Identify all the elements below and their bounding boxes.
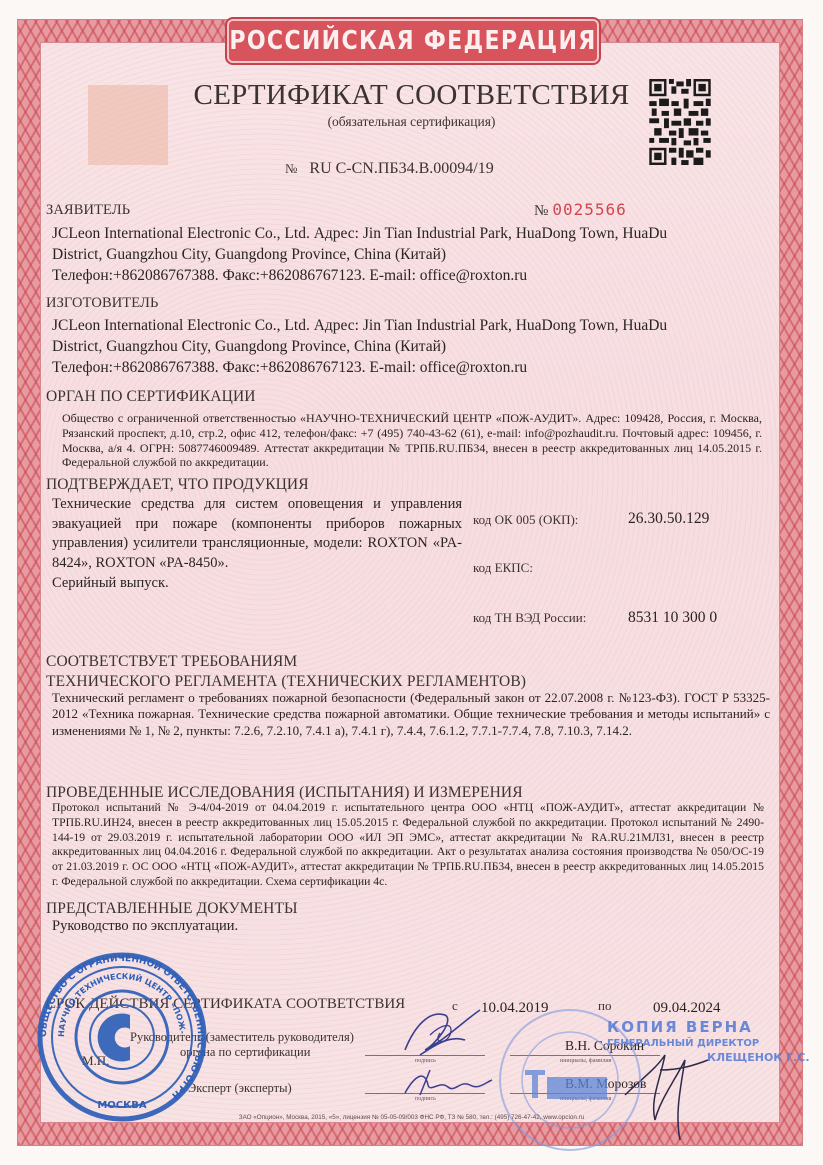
printer-imprint: ЗАО «Опцион», Москва, 2015, «5», лицензи… [0, 1114, 823, 1121]
tests-heading: ПРОВЕДЕННЫЕ ИССЛЕДОВАНИЯ (ИСПЫТАНИЯ) И И… [46, 784, 523, 802]
product-heading: ПОДТВЕРЖДАЕТ, ЧТО ПРОДУКЦИЯ [46, 476, 309, 494]
requirements-subheading: ТЕХНИЧЕСКОГО РЕГЛАМЕНТА (ТЕХНИЧЕСКИХ РЕГ… [46, 673, 526, 691]
code-tnved-value: 8531 10 300 0 [628, 609, 717, 627]
copy-certified-stamp: КОПИЯ ВЕРНА ГЕНЕРАЛЬНЫЙ ДИРЕКТОР КЛЕЩЕНО… [607, 1018, 810, 1064]
applicant-line: JCLeon International Electronic Co., Ltd… [52, 223, 667, 244]
tests-text: Протокол испытаний № Э-4/04-2019 от 04.0… [52, 801, 764, 890]
code-okp-value: 26.30.50.129 [628, 510, 709, 528]
code-ekps-label: код ЕКПС: [473, 560, 533, 576]
certification-body-heading: ОРГАН ПО СЕРТИФИКАЦИИ [46, 388, 256, 406]
certification-body-seal-icon: ОБЩЕСТВО С ОГРАНИЧЕННОЙ ОТВЕТСТВЕННОСТЬЮ… [35, 950, 210, 1125]
serial-number-value: 0025566 [552, 200, 626, 219]
requirements-heading: СООТВЕТСТВУЕТ ТРЕБОВАНИЯМ [46, 653, 297, 671]
manufacturer-line: District, Guangzhou City, Guangdong Prov… [52, 336, 667, 357]
certificate-number: №RU C-CN.ПБ34.В.00094/19 [285, 160, 494, 178]
country-banner: РОССИЙСКАЯ ФЕДЕРАЦИЯ [227, 19, 599, 63]
expert-signature-icon [400, 1065, 495, 1100]
documents-text: Руководство по эксплуатации. [52, 916, 238, 937]
code-okp-label: код ОК 005 (ОКП): [473, 512, 578, 528]
copy-stamp-line-1: КОПИЯ ВЕРНА [607, 1018, 810, 1036]
head-signature-icon [395, 1005, 485, 1060]
code-tnved-label: код ТН ВЭД России: [473, 610, 586, 626]
validity-to-date: 09.04.2024 [653, 1000, 721, 1017]
applicant-line: Телефон:+862086767388. Факс:+86208676712… [52, 265, 667, 286]
product-release: Серийный выпуск. [52, 573, 169, 594]
manufacturer-details: JCLeon International Electronic Co., Ltd… [52, 315, 667, 378]
number-sign: № [285, 161, 297, 176]
country-banner-text: РОССИЙСКАЯ ФЕДЕРАЦИЯ [229, 26, 596, 56]
certificate-number-value: RU C-CN.ПБ34.В.00094/19 [309, 160, 493, 177]
manufacturer-heading: ИЗГОТОВИТЕЛЬ [46, 295, 158, 312]
product-description: Технические средства для систем оповещен… [52, 495, 462, 573]
serial-number-sign: № [534, 203, 548, 219]
copy-stamp-line-2: ГЕНЕРАЛЬНЫЙ ДИРЕКТОР [607, 1038, 810, 1049]
copy-stamp-line-3: КЛЕЩЕНОК Г.С. [707, 1051, 810, 1064]
manufacturer-line: Телефон:+862086767388. Факс:+86208676712… [52, 357, 667, 378]
qr-code-icon [649, 79, 711, 165]
manufacturer-line: JCLeon International Electronic Co., Ltd… [52, 315, 667, 336]
requirements-text: Технический регламент о требованиях пожа… [52, 690, 770, 739]
seal-bottom-text: МОСКВА [97, 1100, 147, 1111]
applicant-line: District, Guangzhou City, Guangdong Prov… [52, 244, 667, 265]
certification-body-text: Общество с ограниченной ответственностью… [62, 411, 762, 470]
applicant-heading: ЗАЯВИТЕЛЬ [46, 202, 130, 219]
serial-number: №0025566 [534, 200, 627, 220]
applicant-details: JCLeon International Electronic Co., Ltd… [52, 223, 667, 286]
